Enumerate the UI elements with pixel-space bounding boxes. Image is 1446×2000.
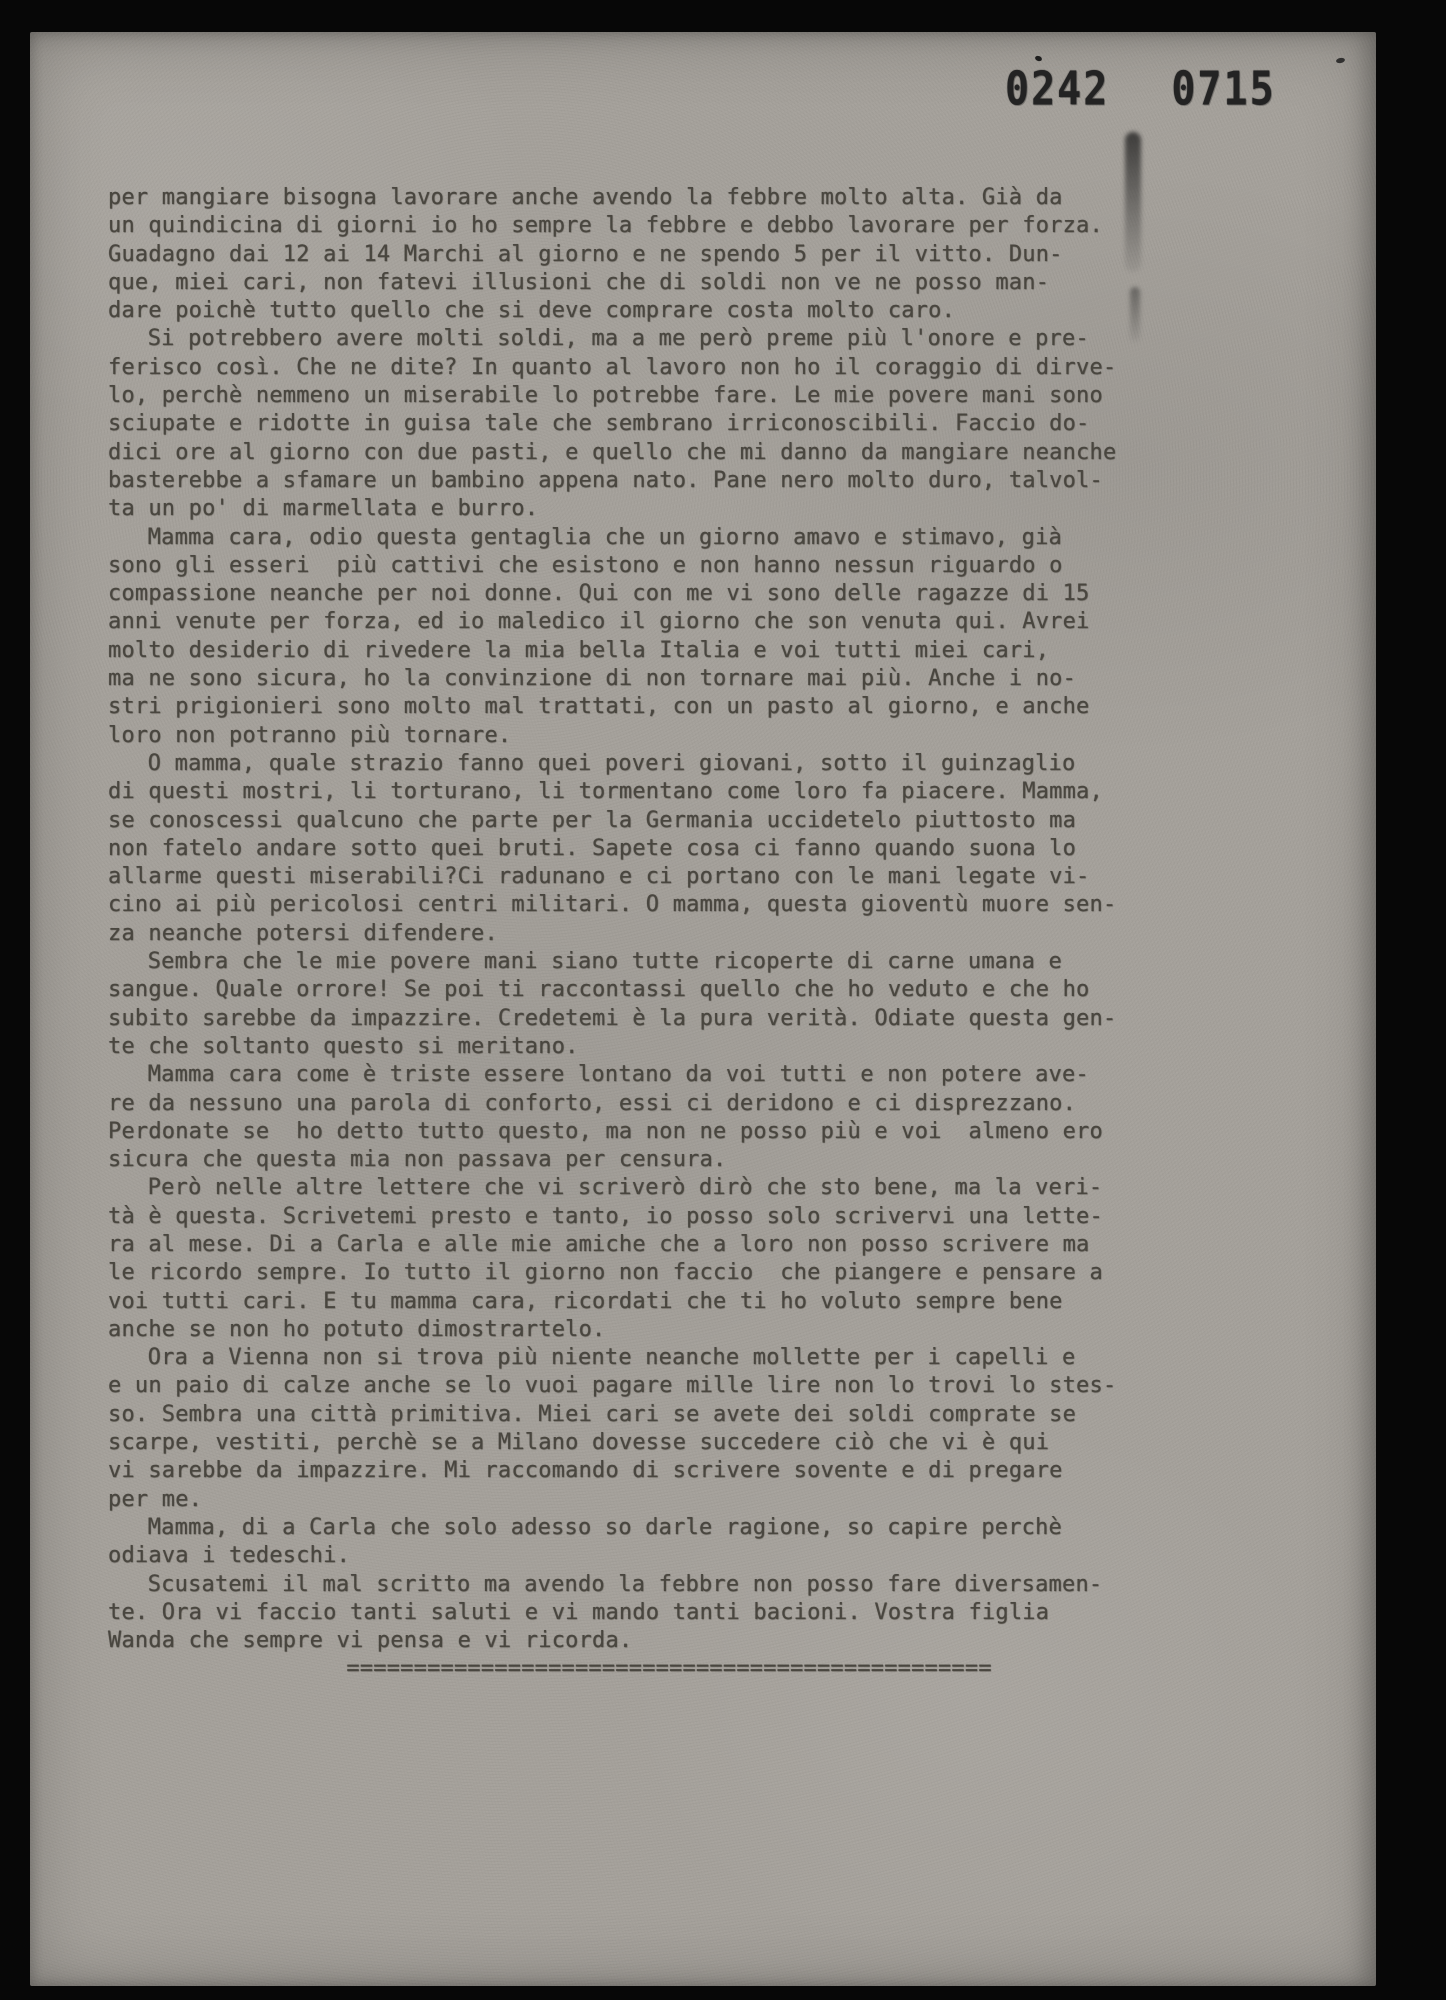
letter-line: voi tutti cari. E tu mamma cara, ricorda… (108, 1288, 1288, 1316)
letter-line: un quindicina di giorni io ho sempre la … (108, 212, 1288, 240)
letter-page: 0242 0715 per mangiare bisogna lavorare … (30, 32, 1376, 1986)
letter-line: stri prigionieri sono molto mal trattati… (108, 693, 1288, 721)
letter-line: lo, perchè nemmeno un miserabile lo potr… (108, 382, 1288, 410)
stamp-number-left: 0242 (1005, 62, 1109, 117)
letter-line: basterebbe a sfamare un bambino appena n… (108, 467, 1288, 495)
letter-line: re da nessuno una parola di conforto, es… (108, 1090, 1288, 1118)
letter-line: Scusatemi il mal scritto ma avendo la fe… (108, 1571, 1288, 1599)
letter-line: tà è questa. Scrivetemi presto e tanto, … (108, 1203, 1288, 1231)
letter-line: per mangiare bisogna lavorare anche aven… (108, 184, 1288, 212)
letter-line: Perdonate se ho detto tutto questo, ma n… (108, 1118, 1288, 1146)
letter-line: Si potrebbero avere molti soldi, ma a me… (108, 325, 1288, 353)
letter-body: per mangiare bisogna lavorare anche aven… (108, 184, 1288, 1684)
letter-line: per me. (108, 1486, 1288, 1514)
letter-line: compassione neanche per noi donne. Qui c… (108, 580, 1288, 608)
letter-line: Ora a Vienna non si trova più niente nea… (108, 1344, 1288, 1372)
archive-stamp: 0242 0715 (1005, 62, 1276, 117)
letter-line: molto desiderio di rivedere la mia bella… (108, 637, 1288, 665)
letter-line: ta un po' di marmellata e burro. (108, 495, 1288, 523)
letter-line: Mamma cara, odio questa gentaglia che un… (108, 524, 1288, 552)
letter-line: anche se non ho potuto dimostrartelo. (108, 1316, 1288, 1344)
letter-line: ra al mese. Di a Carla e alle mie amiche… (108, 1231, 1288, 1259)
letter-line: dici ore al giorno con due pasti, e quel… (108, 439, 1288, 467)
letter-line: cino ai più pericolosi centri militari. … (108, 891, 1288, 919)
letter-line: que, miei cari, non fatevi illusioni che… (108, 269, 1288, 297)
letter-line: non fatelo andare sotto quei bruti. Sape… (108, 835, 1288, 863)
letter-line: te che soltanto questo si meritano. (108, 1033, 1288, 1061)
letter-line: Però nelle altre lettere che vi scriverò… (108, 1174, 1288, 1202)
letter-line: le ricordo sempre. Io tutto il giorno no… (108, 1259, 1288, 1287)
letter-line: scarpe, vestiti, perchè se a Milano dove… (108, 1429, 1288, 1457)
letter-line: O mamma, quale strazio fanno quei poveri… (108, 750, 1288, 778)
letter-line: odiava i tedeschi. (108, 1542, 1288, 1570)
letter-line: te. Ora vi faccio tanti saluti e vi mand… (108, 1599, 1288, 1627)
letter-line: Wanda che sempre vi pensa e vi ricorda. (108, 1627, 1288, 1655)
letter-line: ========================================… (108, 1655, 1288, 1683)
letter-line: sciupate e ridotte in guisa tale che sem… (108, 410, 1288, 438)
letter-line: sono gli esseri più cattivi che esistono… (108, 552, 1288, 580)
letter-line: di questi mostri, li torturano, li torme… (108, 778, 1288, 806)
letter-line: anni venute per forza, ed io maledico il… (108, 608, 1288, 636)
letter-line: za neanche potersi difendere. (108, 920, 1288, 948)
stamp-number-right: 0715 (1171, 62, 1275, 117)
letter-line: subito sarebbe da impazzire. Credetemi è… (108, 1005, 1288, 1033)
ink-speck (1034, 55, 1042, 62)
letter-line: e un paio di calze anche se lo vuoi paga… (108, 1372, 1288, 1400)
letter-line: loro non potranno più tornare. (108, 722, 1288, 750)
letter-line: Guadagno dai 12 ai 14 Marchi al giorno e… (108, 241, 1288, 269)
letter-line: so. Sembra una città primitiva. Miei car… (108, 1401, 1288, 1429)
ink-speck (1336, 57, 1346, 64)
letter-line: se conoscessi qualcuno che parte per la … (108, 807, 1288, 835)
letter-line: sicura che questa mia non passava per ce… (108, 1146, 1288, 1174)
letter-line: ma ne sono sicura, ho la convinzione di … (108, 665, 1288, 693)
letter-line: ferisco così. Che ne dite? In quanto al … (108, 354, 1288, 382)
letter-line: Sembra che le mie povere mani siano tutt… (108, 948, 1288, 976)
letter-line: allarme questi miserabili?Ci radunano e … (108, 863, 1288, 891)
letter-line: sangue. Quale orrore! Se poi ti racconta… (108, 976, 1288, 1004)
scanned-letter-screenshot: { "stamp": { "left_number": "0242", "rig… (0, 0, 1446, 2000)
letter-line: dare poichè tutto quello che si deve com… (108, 297, 1288, 325)
letter-line: Mamma, di a Carla che solo adesso so dar… (108, 1514, 1288, 1542)
letter-line: Mamma cara come è triste essere lontano … (108, 1061, 1288, 1089)
letter-line: vi sarebbe da impazzire. Mi raccomando d… (108, 1457, 1288, 1485)
